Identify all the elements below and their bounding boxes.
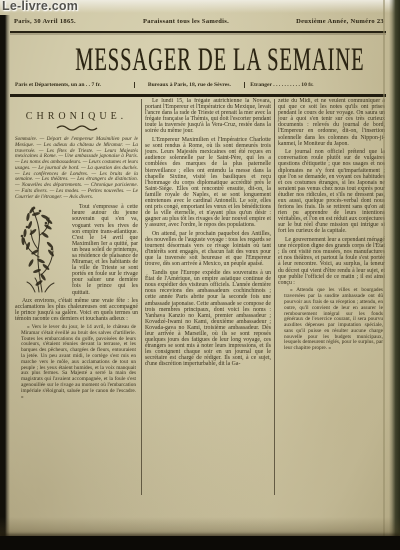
body-paragraph: Tandis que l'Europe expédie des souverai… [145,270,271,368]
page-edge-line [383,0,385,550]
decree-quote-paragraph: « Attendu que les villes et bourgades tr… [284,288,383,352]
issue-date: Paris, 30 Avril 1865. [14,18,76,25]
bureau-address: Bureaux à Paris, 18, rue de Sèvres. [134,82,246,88]
header-rule [10,31,386,33]
body-paragraph: Aux environs, c'était même une vraie fêt… [15,298,138,322]
page-bottom-shadow [0,517,400,537]
witness-quote-paragraph: « Vers le lever du jour, le 14 avril, le… [21,325,136,400]
content-columns: CHRONIQUE. Sommaire. — Départ de l'emper… [12,98,388,496]
seller-watermark: Le-livre.com [2,0,78,13]
issue-number: Deuxième Année, Numéro 23 [296,18,384,25]
body-paragraph: zette du Midi, et ne veulent communiquer… [278,98,385,147]
body-paragraph: Le journal non officiel prétend que la c… [278,149,385,234]
page-edge-left [0,15,10,550]
chronicle-column: CHRONIQUE. Sommaire. — Départ de l'emper… [12,98,141,496]
body-paragraph: On attend, par le prochain paquebot des … [145,231,271,268]
body-paragraph: Le gouvernement leur a cependant ménagé … [278,237,385,286]
subscription-paris-price: Paris et Départements, un an . . 7 fr. [10,82,134,88]
scan-bottom-edge [0,536,400,550]
newspaper-scan-page: Le-livre.com Paris, 30 Avril 1865. Parai… [0,0,400,550]
summary-paragraph: Sommaire. — Départ de l'empereur Maximil… [15,137,138,200]
masthead-title: MESSAGER DE LA SEMAINE [75,42,321,79]
subscription-rule [10,94,386,97]
publication-frequency: Paraissant tous les Samedis. [143,18,229,25]
page-edge-right [389,0,400,550]
header-line: Paris, 30 Avril 1865. Paraissant tous le… [14,18,384,25]
news-column-right: zette du Midi, et ne veulent communiquer… [275,98,388,496]
news-column-center: Le lundi 15, la frégate autrichienne la … [142,98,274,496]
chronicle-heading: CHRONIQUE. [15,111,138,122]
subscription-foreign-price: Étranger . . . . . . . . . . 10 fr. [245,82,386,88]
plant-engraving-illustration [15,205,69,293]
subscription-bar: Paris et Départements, un an . . 7 fr. B… [10,77,386,92]
body-paragraph: L'Empereur Maximilien et l'Impératrice C… [145,137,271,228]
body-paragraph: Le lundi 15, la frégate autrichienne la … [145,98,271,135]
botanical-engraving-figure [15,205,69,293]
ornament-divider [56,124,98,131]
